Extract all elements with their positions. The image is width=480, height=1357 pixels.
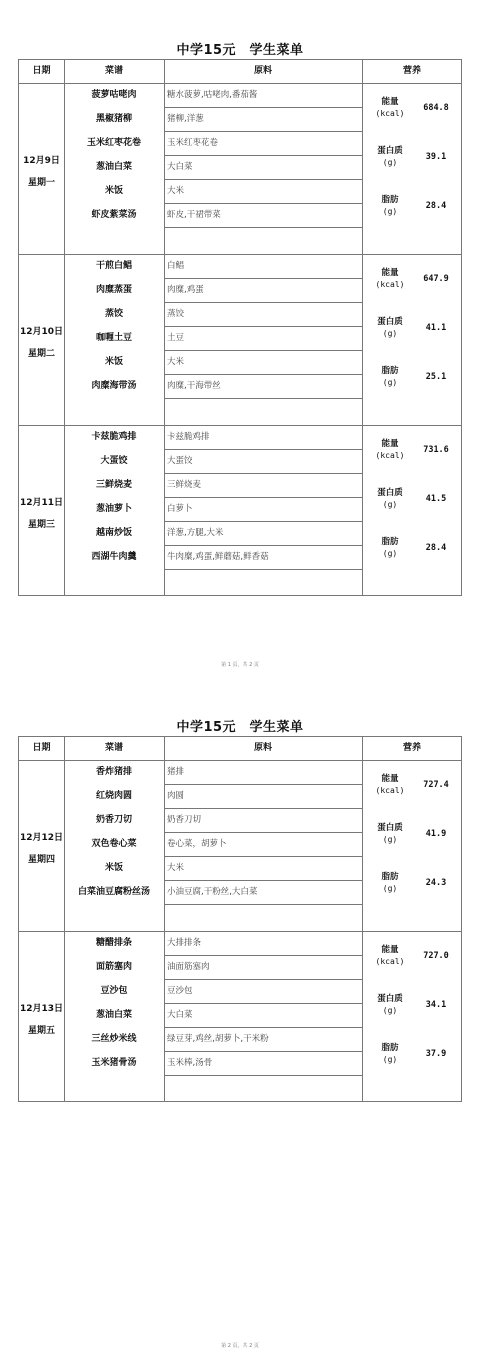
nutrition-label-fat: 脂肪 (g) [370, 537, 410, 559]
nutrition-label-protein: 蛋白质 (g) [370, 317, 410, 339]
dish-name: 三鲜烧麦 [64, 474, 164, 498]
nutrition-unit: (kcal) [370, 450, 410, 461]
dish-name: 卡兹脆鸡排 [64, 426, 164, 450]
nutrition-unit: (g) [370, 377, 410, 388]
table-header: 日期 菜谱 原料 营养 [19, 60, 461, 84]
nutrition-label-protein: 蛋白质 (g) [370, 488, 410, 510]
nutrition-name: 脂肪 [370, 1043, 410, 1054]
nutrition-name: 蛋白质 [370, 317, 410, 328]
menu-title: 中学15元 学生菜单 [0, 39, 480, 58]
nutrition-value-energy: 684.8 [411, 103, 461, 113]
header-date: 日期 [19, 60, 64, 83]
header-nutrition: 营养 [362, 737, 462, 760]
nutrition-name: 脂肪 [370, 366, 410, 377]
menu-title: 中学15元 学生菜单 [0, 716, 480, 735]
nutrition-label-protein: 蛋白质 (g) [370, 823, 410, 845]
dish-name: 面筋塞肉 [64, 956, 164, 980]
ingredient-cell: 卡兹脆鸡排 [164, 426, 362, 450]
menu-table: 日期 菜谱 原料 营养 12月12日 星期四 香炸猪排红烧肉圆奶香刀切双色卷心菜… [18, 736, 462, 1102]
nutrition-label-energy: 能量 (kcal) [370, 268, 410, 290]
ingredient-cell: 大白菜 [164, 156, 362, 180]
nutrition-unit: (g) [370, 206, 410, 217]
nutrition-unit: (kcal) [370, 279, 410, 290]
dish-name: 红烧肉圆 [64, 785, 164, 809]
ingredient-cell: 绿豆芽,鸡丝,胡萝卜,干米粉 [164, 1028, 362, 1052]
date-cell: 12月13日 星期五 [19, 998, 64, 1042]
day-block: 12月13日 星期五 糖醋排条面筋塞肉豆沙包葱油白菜三丝炒米线玉米猪骨汤大排排条… [19, 932, 461, 1103]
ingredient-cell: 虾皮,干裙带菜 [164, 204, 362, 228]
nutrition-unit: (g) [370, 883, 410, 894]
ingredient-cell: 肉糜,鸡蛋 [164, 279, 362, 303]
nutrition-value-fat: 28.4 [411, 543, 461, 553]
ingredient-cell: 白萝卜 [164, 498, 362, 522]
weekday: 星期二 [19, 343, 64, 365]
dish-name: 菠萝咕咾肉 [64, 84, 164, 108]
ingredient-cell: 豆沙包 [164, 980, 362, 1004]
dish-name: 双色卷心菜 [64, 833, 164, 857]
nutrition-value-energy: 727.0 [411, 951, 461, 961]
dish-name: 越南炒饭 [64, 522, 164, 546]
nutrition-name: 能量 [370, 774, 410, 785]
dish-name: 玉米猪骨汤 [64, 1052, 164, 1076]
nutrition-label-fat: 脂肪 (g) [370, 872, 410, 894]
ingredient-cell: 土豆 [164, 327, 362, 351]
nutrition-value-energy: 647.9 [411, 274, 461, 284]
dish-name: 虾皮紫菜汤 [64, 204, 164, 228]
nutrition-unit: (g) [370, 328, 410, 339]
nutrition-value-protein: 34.1 [411, 1000, 461, 1010]
header-nutrition: 营养 [362, 60, 462, 83]
ingredient-cell: 大米 [164, 180, 362, 204]
nutrition-name: 蛋白质 [370, 994, 410, 1005]
date-cell: 12月11日 星期三 [19, 492, 64, 536]
dish-name: 糖醋排条 [64, 932, 164, 956]
ingredient-cell: 白鲳 [164, 255, 362, 279]
date: 12月12日 [19, 827, 64, 849]
date-cell: 12月9日 星期一 [19, 150, 64, 194]
ingredient-cell [164, 570, 362, 594]
nutrition-unit: (g) [370, 1054, 410, 1065]
ingredient-cell: 三鲜烧麦 [164, 474, 362, 498]
dish-name: 干煎白鲳 [64, 255, 164, 279]
weekday: 星期四 [19, 849, 64, 871]
nutrition-value-fat: 28.4 [411, 201, 461, 211]
date-cell: 12月12日 星期四 [19, 827, 64, 871]
ingredient-cell: 奶香刀切 [164, 809, 362, 833]
table-header: 日期 菜谱 原料 营养 [19, 737, 461, 761]
ingredient-cell [164, 399, 362, 423]
nutrition-label-energy: 能量 (kcal) [370, 97, 410, 119]
ingredient-cell: 卷心菜，胡萝卜 [164, 833, 362, 857]
ingredient-cell: 糖水菠萝,咕咾肉,番茄酱 [164, 84, 362, 108]
nutrition-unit: (g) [370, 1005, 410, 1016]
dish-name: 咖喱土豆 [64, 327, 164, 351]
date: 12月9日 [19, 150, 64, 172]
nutrition-value-fat: 37.9 [411, 1049, 461, 1059]
weekday: 星期五 [19, 1020, 64, 1042]
ingredient-cell: 蒸饺 [164, 303, 362, 327]
nutrition-value-energy: 731.6 [411, 445, 461, 455]
ingredient-cell: 玉米棒,汤骨 [164, 1052, 362, 1076]
header-dishes: 菜谱 [64, 737, 164, 760]
ingredient-cell: 肉糜,干海带丝 [164, 375, 362, 399]
nutrition-value-protein: 41.5 [411, 494, 461, 504]
ingredient-cell: 小油豆腐,干粉丝,大白菜 [164, 881, 362, 905]
dish-name: 葱油萝卜 [64, 498, 164, 522]
nutrition-name: 能量 [370, 439, 410, 450]
ingredient-cell: 玉米红枣花卷 [164, 132, 362, 156]
dish-name: 大蛋饺 [64, 450, 164, 474]
nutrition-name: 蛋白质 [370, 488, 410, 499]
nutrition-unit: (g) [370, 548, 410, 559]
day-block: 12月10日 星期二 干煎白鲳肉糜蒸蛋蒸饺咖喱土豆米饭肉糜海带汤白鲳肉糜,鸡蛋蒸… [19, 255, 461, 426]
dish-name: 玉米红枣花卷 [64, 132, 164, 156]
nutrition-value-protein: 39.1 [411, 152, 461, 162]
nutrition-unit: (kcal) [370, 785, 410, 796]
ingredient-cell: 大米 [164, 351, 362, 375]
nutrition-name: 脂肪 [370, 195, 410, 206]
nutrition-label-fat: 脂肪 (g) [370, 366, 410, 388]
nutrition-value-fat: 24.3 [411, 878, 461, 888]
nutrition-value-energy: 727.4 [411, 780, 461, 790]
dish-name: 豆沙包 [64, 980, 164, 1004]
menu-table: 日期 菜谱 原料 营养 12月9日 星期一 菠萝咕咾肉黑椒猪柳玉米红枣花卷葱油白… [18, 59, 462, 596]
dish-name: 白菜油豆腐粉丝汤 [64, 881, 164, 905]
dish-name: 葱油白菜 [64, 1004, 164, 1028]
dish-name: 葱油白菜 [64, 156, 164, 180]
nutrition-name: 能量 [370, 945, 410, 956]
ingredient-cell: 大白菜 [164, 1004, 362, 1028]
nutrition-value-fat: 25.1 [411, 372, 461, 382]
nutrition-value-protein: 41.1 [411, 323, 461, 333]
nutrition-unit: (g) [370, 499, 410, 510]
nutrition-name: 能量 [370, 97, 410, 108]
nutrition-name: 能量 [370, 268, 410, 279]
dish-name: 肉糜蒸蛋 [64, 279, 164, 303]
ingredient-cell [164, 1076, 362, 1100]
dish-name: 米饭 [64, 857, 164, 881]
nutrition-label-protein: 蛋白质 (g) [370, 994, 410, 1016]
dish-name: 米饭 [64, 180, 164, 204]
nutrition-label-energy: 能量 (kcal) [370, 945, 410, 967]
nutrition-unit: (kcal) [370, 956, 410, 967]
date: 12月10日 [19, 321, 64, 343]
nutrition-label-fat: 脂肪 (g) [370, 1043, 410, 1065]
dish-name: 西湖牛肉羹 [64, 546, 164, 570]
dish-name: 三丝炒米线 [64, 1028, 164, 1052]
date: 12月13日 [19, 998, 64, 1020]
nutrition-label-protein: 蛋白质 (g) [370, 146, 410, 168]
ingredient-cell: 大蛋饺 [164, 450, 362, 474]
nutrition-label-fat: 脂肪 (g) [370, 195, 410, 217]
nutrition-name: 脂肪 [370, 872, 410, 883]
dish-name: 肉糜海带汤 [64, 375, 164, 399]
ingredient-cell: 猪排 [164, 761, 362, 785]
nutrition-value-protein: 41.9 [411, 829, 461, 839]
dish-name: 黑椒猪柳 [64, 108, 164, 132]
nutrition-name: 蛋白质 [370, 823, 410, 834]
page-footer: 第 2 页，共 2 页 [0, 1342, 480, 1349]
day-block: 12月11日 星期三 卡兹脆鸡排大蛋饺三鲜烧麦葱油萝卜越南炒饭西湖牛肉羹卡兹脆鸡… [19, 426, 461, 597]
dish-name: 奶香刀切 [64, 809, 164, 833]
ingredient-cell [164, 905, 362, 929]
day-block: 12月12日 星期四 香炸猪排红烧肉圆奶香刀切双色卷心菜米饭白菜油豆腐粉丝汤猪排… [19, 761, 461, 932]
header-ingredients: 原料 [164, 737, 362, 760]
ingredient-cell: 牛肉糜,鸡蛋,鲜蘑菇,鲜香菇 [164, 546, 362, 570]
date-cell: 12月10日 星期二 [19, 321, 64, 365]
date: 12月11日 [19, 492, 64, 514]
ingredient-cell [164, 228, 362, 252]
nutrition-unit: (g) [370, 157, 410, 168]
header-dishes: 菜谱 [64, 60, 164, 83]
dish-name: 蒸饺 [64, 303, 164, 327]
dish-name: 米饭 [64, 351, 164, 375]
weekday: 星期三 [19, 514, 64, 536]
weekday: 星期一 [19, 172, 64, 194]
ingredient-cell: 洋葱,方腿,大米 [164, 522, 362, 546]
ingredient-cell: 肉圆 [164, 785, 362, 809]
nutrition-unit: (g) [370, 834, 410, 845]
ingredient-cell: 油面筋塞肉 [164, 956, 362, 980]
day-block: 12月9日 星期一 菠萝咕咾肉黑椒猪柳玉米红枣花卷葱油白菜米饭虾皮紫菜汤糖水菠萝… [19, 84, 461, 255]
ingredient-cell: 猪柳,洋葱 [164, 108, 362, 132]
nutrition-label-energy: 能量 (kcal) [370, 774, 410, 796]
ingredient-cell: 大排排条 [164, 932, 362, 956]
dish-name: 香炸猪排 [64, 761, 164, 785]
nutrition-name: 脂肪 [370, 537, 410, 548]
nutrition-label-energy: 能量 (kcal) [370, 439, 410, 461]
nutrition-unit: (kcal) [370, 108, 410, 119]
nutrition-name: 蛋白质 [370, 146, 410, 157]
header-date: 日期 [19, 737, 64, 760]
ingredient-cell: 大米 [164, 857, 362, 881]
header-ingredients: 原料 [164, 60, 362, 83]
page-footer: 第 1 页，共 2 页 [0, 661, 480, 668]
